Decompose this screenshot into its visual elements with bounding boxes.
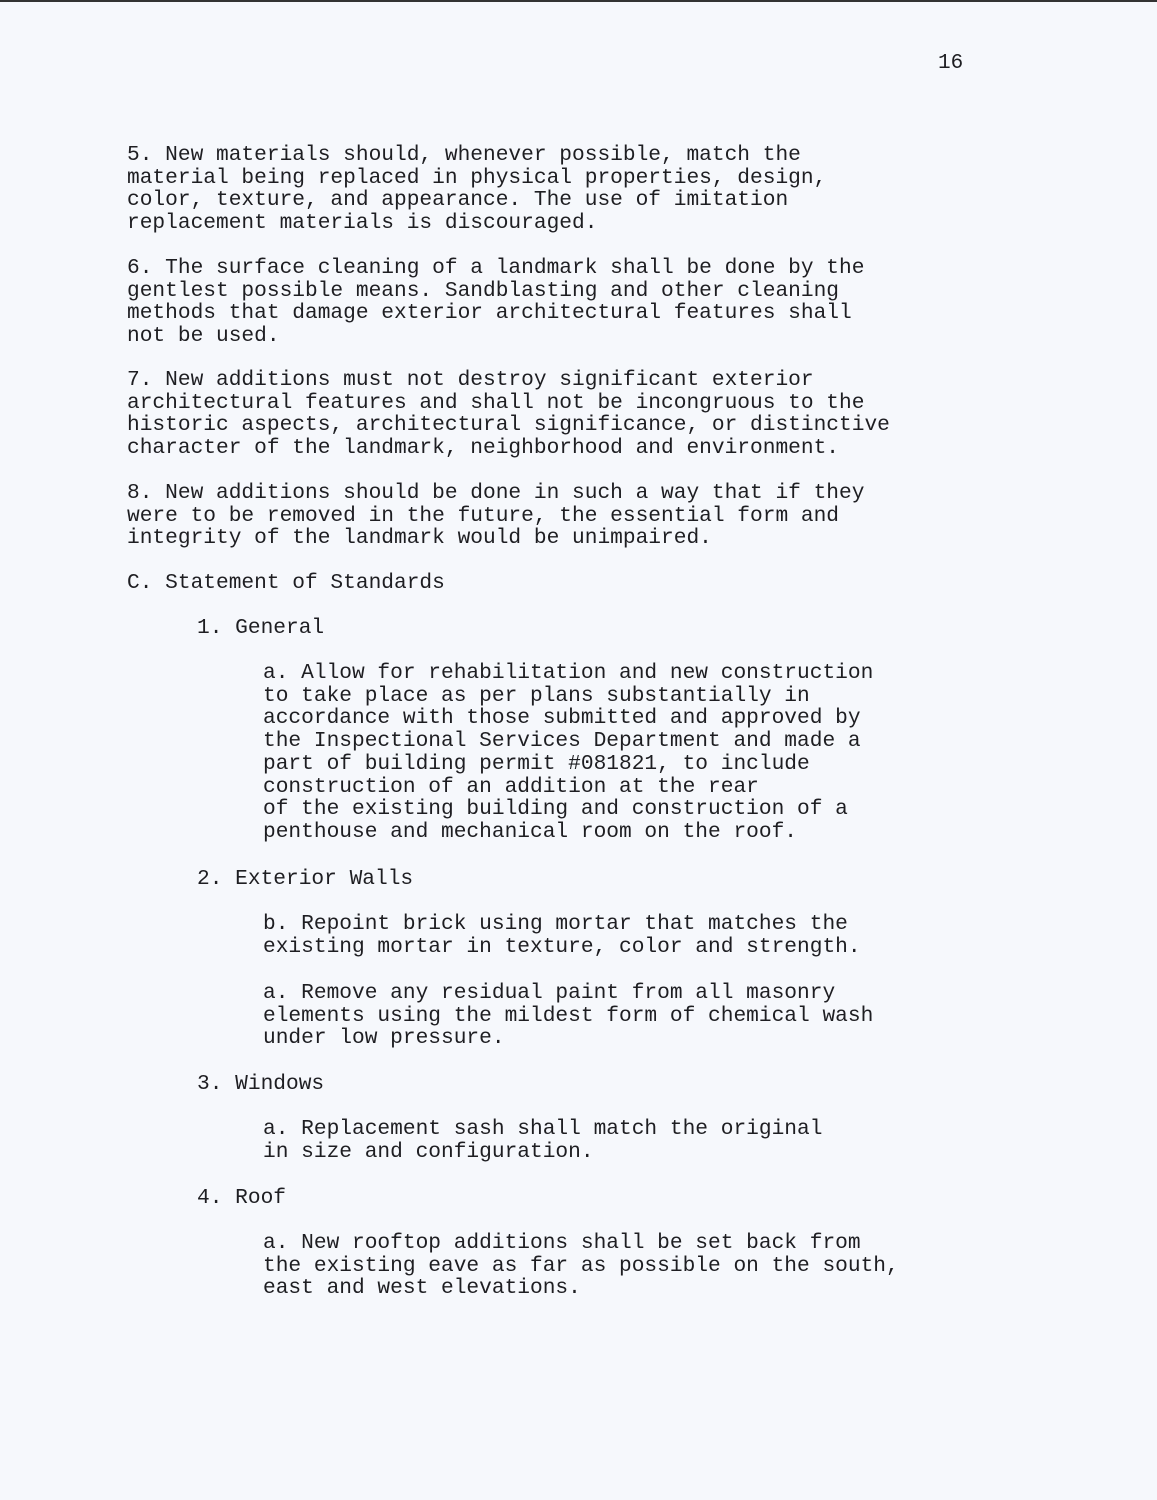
standard-item: a. Allow for rehabilitation and new cons… [263, 662, 873, 844]
paragraph: 7. New additions must not destroy signif… [127, 369, 890, 460]
subsection-heading: 4. Roof [197, 1187, 286, 1210]
paragraph: 8. New additions should be done in such … [127, 482, 864, 550]
subsection-heading: 1. General [197, 617, 324, 640]
paragraph: 5. New materials should, whenever possib… [127, 144, 826, 235]
section-heading: C. Statement of Standards [127, 572, 445, 595]
standard-item: b. Repoint brick using mortar that match… [263, 913, 861, 958]
standard-item: a. New rooftop additions shall be set ba… [263, 1232, 899, 1300]
standard-item: a. Remove any residual paint from all ma… [263, 982, 873, 1050]
standard-item: a. Replacement sash shall match the orig… [263, 1118, 822, 1163]
page-number: 16 [938, 52, 963, 75]
paragraph: 6. The surface cleaning of a landmark sh… [127, 257, 864, 348]
page-top-edge [0, 0, 1157, 2]
subsection-heading: 3. Windows [197, 1073, 324, 1096]
subsection-heading: 2. Exterior Walls [197, 868, 413, 891]
